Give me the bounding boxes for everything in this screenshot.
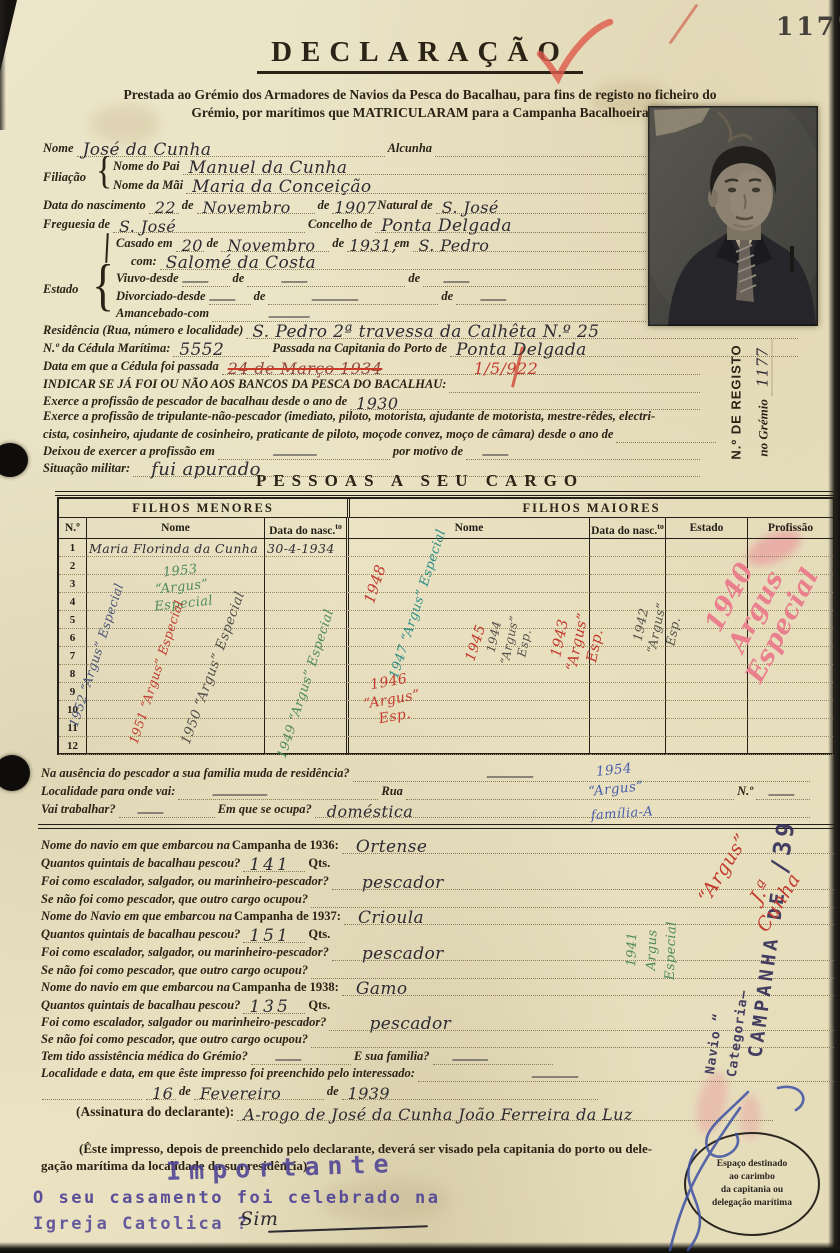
ausencia-label: Na ausência do pescador a sua familia mu… [40, 766, 351, 782]
field-freguesia-line: Freguesia de S. José Concelho de Ponta D… [42, 216, 648, 233]
navio1937-pre: Nome do Navio em que embarcou na [40, 909, 233, 925]
field-ausencia-line: Na ausência do pescador a sua familia mu… [40, 765, 812, 782]
qts-label: Qts. [307, 856, 331, 872]
concelho-label: Concelho de [307, 217, 373, 233]
escalador1937-label: Foi como escalador, salgador, ou marinhe… [40, 945, 330, 961]
mai-label: Nome da Mãi [112, 178, 184, 194]
row-number: 4 [59, 593, 87, 611]
field-pescador-desde-line: Exerce a profissão de pescador de bacalh… [42, 393, 702, 410]
handwritten-quintais1936: 141 [249, 855, 290, 875]
field-nome-line: Nome José da Cunha Alcunha [42, 140, 648, 157]
bancos-label: INDICAR SE JÁ FOI OU NÃO AOS BANCOS DA P… [42, 377, 447, 393]
de-label: de [206, 236, 220, 252]
field-trabalhar-line: Vai trabalhar? — Em que se ocupa? domést… [40, 801, 812, 818]
handwritten-data-ano: 1939 [348, 1084, 390, 1103]
assinatura-label: (Assinatura do declarante): [75, 1104, 235, 1121]
field-mai-line: Nome da Mãi Maria da Conceição [112, 177, 648, 194]
quintais1936-label: Quantos quintais de bacalhau pescou? [40, 856, 241, 872]
handwritten-registry-number: 1177 [754, 339, 773, 395]
de-label: de [181, 198, 195, 214]
handwritten-residencia: S. Pedro 2ª travessa da Calhêta N.º 25 [252, 322, 599, 342]
table-cell [87, 719, 265, 737]
field-assinatura-line: (Assinatura do declarante): A-rogo de Jo… [75, 1104, 775, 1121]
table-cell [346, 737, 590, 755]
punch-hole [0, 755, 30, 791]
row-number: 3 [59, 575, 87, 593]
de-label: de [178, 1084, 192, 1100]
estado-label: Estado [42, 282, 79, 298]
table-cell [666, 701, 748, 719]
oval-line2: ao carimbo [686, 1171, 818, 1184]
ocupa-label: Em que se ocupa? [217, 802, 313, 818]
table-cell [87, 701, 265, 719]
localdata-label: Localidade e data, em que êste impresso … [40, 1066, 416, 1082]
dependant-name: Maria Florinda da Cunha [89, 541, 258, 556]
handwritten-concelho: Ponta Delgada [381, 216, 512, 236]
table-cell [265, 575, 347, 593]
escalador1936-label: Foi como escalador, salgador, ou marinhe… [40, 874, 330, 890]
annotation-cunha: J.ª Cunha [729, 849, 813, 947]
field-funcao1937-line: Foi como escalador, salgador, ou marinhe… [40, 944, 836, 961]
field-data-preenchimento-line: 16 de Fevereiro de 1939 [40, 1083, 600, 1100]
table-cell [590, 701, 666, 719]
dependant-birthdate: 30-4-1934 [267, 541, 335, 556]
table-cell [590, 683, 666, 701]
table-cell [87, 665, 265, 683]
tripulante-label-line2: cista, cosinheiro, ajudante de cosinheir… [42, 426, 718, 443]
handwritten-casamento-resposta: Sim [240, 1208, 278, 1230]
handwritten-navio1937: Crioula [358, 908, 424, 928]
nome-label: Nome [42, 141, 75, 157]
viuvo-label: Viuvo-desde [115, 271, 180, 287]
handwritten-nasc-dia: 22 [155, 198, 176, 217]
field-quintais1936-line: Quantos quintais de bacalhau pescou? 141… [40, 855, 380, 872]
numero-label: N.º [736, 784, 754, 800]
motivo-label: por motivo de [392, 444, 464, 460]
alcunha-label: Alcunha [387, 141, 433, 157]
handwritten-assinatura: A-rogo de José da Cunha João Ferreira da… [243, 1105, 632, 1124]
table-cell [265, 719, 347, 737]
amancebado-label: Amancebado-com [115, 306, 210, 322]
field-quintais1937-line: Quantos quintais de bacalhau pescou? 151… [40, 926, 380, 943]
de-label: de [232, 271, 246, 287]
row-number: 2 [59, 557, 87, 575]
table-cell [346, 539, 590, 557]
handwritten-ocupa: doméstica [327, 802, 413, 821]
annotation-1942: 1942 “Argus” Esp. [628, 598, 686, 658]
intro-line1: Prestada ao Grémio dos Armadores de Navi… [62, 86, 778, 104]
oval-line1: Espaço destinado [686, 1158, 818, 1171]
estado-brace: { [92, 251, 114, 317]
handwritten-flourish [268, 1225, 428, 1233]
table-cell: Maria Florinda da Cunha [87, 539, 265, 557]
table-cell [87, 647, 265, 665]
annotation-1941: 1941 Argus Especial [622, 920, 683, 981]
col-header-profissao: Profissão [748, 518, 833, 539]
natural-label: Natural de [376, 198, 433, 214]
qts-label: Qts. [307, 998, 331, 1014]
deixou-label: Deixou de exercer a profissão em [42, 444, 216, 460]
de-label: de [331, 236, 345, 252]
de-label: de [317, 198, 331, 214]
field-conjuge-line: com: Salomé da Costa [130, 253, 648, 270]
quintais1937-label: Quantos quintais de bacalhau pescou? [40, 927, 241, 943]
scanned-declaration-form: 1177 DECLARAÇÃO Prestada ao Grémio dos A… [0, 0, 840, 1253]
de-label: de [253, 289, 267, 305]
table-cell [666, 683, 748, 701]
field-cargo1937-line: Se não foi como pescador, que outro carg… [40, 962, 836, 979]
handwritten-pai: Manuel da Cunha [189, 158, 348, 178]
col-header-num: N.º [59, 518, 87, 539]
navio1938-pre: Nome do navio em que embarcou na [40, 980, 231, 996]
handwritten-data-dia: 16 [152, 1084, 173, 1103]
table-cell [666, 719, 748, 737]
table-cell [590, 557, 666, 575]
de-label: de [407, 271, 421, 287]
residencia-label: Residência (Rua, número e localidade) [42, 323, 244, 339]
cargo1937-label: Se não foi como pescador, que outro carg… [40, 963, 309, 979]
tripulante-blank [616, 429, 716, 443]
field-medica-line: Tem tido assistência médica do Grémio? —… [40, 1048, 640, 1065]
red-check-mark [534, 18, 616, 86]
col-header-nome-maiores: Nome [346, 518, 590, 539]
dependants-title: PESSOAS A SEU CARGO [0, 471, 840, 491]
pai-label: Nome do Pai [112, 159, 181, 175]
field-amancebado-line: Amancebado-com — [115, 305, 648, 322]
divorciado-label: Divorciado-desde [115, 289, 207, 305]
tripulante-label-line1: Exerce a profissão de tripulante-não-pes… [42, 409, 724, 425]
row-number: 6 [59, 629, 87, 647]
table-cell [590, 719, 666, 737]
filiacao-brace: { [96, 150, 112, 194]
carimbo-oval-stamp: Espaço destinado ao carimbo da capitania… [684, 1132, 820, 1236]
registry-number-line: no Grémio 1177 [754, 339, 773, 456]
table-cell [590, 575, 666, 593]
de-label: de [326, 1084, 340, 1100]
table-cell [87, 683, 265, 701]
oval-line4: delegação marítima [686, 1197, 818, 1210]
row-number: 12 [59, 737, 87, 755]
row-number: 1 [59, 539, 87, 557]
casado-label: Casado em [115, 236, 174, 252]
cargo1936-label: Se não foi como pescador, que outro carg… [40, 892, 309, 908]
table-cell [265, 629, 347, 647]
cedula-data-label: Data em que a Cédula foi passada [42, 359, 220, 375]
registry-label-text: N.º DE REGISTO [729, 344, 744, 459]
com-label: com: [130, 254, 158, 270]
table-cell [748, 683, 833, 701]
field-divorciado-line: Divorciado-desde — de — de — [115, 288, 648, 305]
trabalhar-label: Vai trabalhar? [40, 802, 117, 818]
handwritten-mai: Maria da Conceição [192, 177, 371, 197]
oval-line3: da capitania ou [686, 1184, 818, 1197]
nascimento-label: Data do nascimento [42, 198, 147, 214]
medica-label: Tem tido assistência médica do Grémio? [40, 1049, 249, 1065]
field-viuvo-line: Viuvo-desde — de — de — [115, 270, 648, 287]
campanha1936-label: Campanha de 1936: [231, 838, 340, 854]
table-cell: 30-4-1934 [265, 539, 347, 557]
passada-label: Passada na Capitania do Porto de [271, 341, 448, 357]
de-label: de [440, 289, 454, 305]
casamento-stamp-line1: O seu casamento foi celebrado na [33, 1188, 441, 1208]
cargo1938-label: Se não foi como pescador, que outro carg… [40, 1032, 309, 1048]
handwritten-nasc-mes: Novembro [203, 198, 291, 217]
double-rule [55, 491, 837, 496]
menores-header: FILHOS MENORES [59, 499, 347, 518]
cedula-label: N.º da Cédula Marítima: [42, 341, 171, 357]
table-cell [590, 737, 666, 755]
familia-label: E sua familia? [353, 1049, 431, 1065]
table-cell [748, 719, 833, 737]
tripulante-label-text: cista, cosinheiro, ajudante de cosinheir… [42, 427, 614, 443]
escalador1938-label: Foi como escalador, salgador ou marinhei… [40, 1015, 327, 1031]
col-header-data: Data do nasc.to [265, 518, 347, 539]
field-quintais1938-line: Quantos quintais de bacalhau pescou? 135… [40, 997, 380, 1014]
handwritten-dash: — [136, 803, 165, 821]
quintais1938-label: Quantos quintais de bacalhau pescou? [40, 998, 241, 1014]
handwritten-data-mes: Fevereiro [200, 1084, 281, 1103]
document-title: DECLARAÇÃO [0, 36, 840, 69]
handwritten-navio1936: Ortense [356, 837, 428, 857]
handwritten-nasc-ano: 1907 [334, 198, 376, 217]
handwritten-cedula: 5552 [179, 340, 224, 360]
rua-label: Rua [380, 784, 404, 800]
field-deixou-line: Deixou de exercer a profissão em — por m… [42, 443, 702, 460]
table-cell [590, 665, 666, 683]
bottom-edge-shadow [0, 1242, 840, 1253]
handwritten-freguesia: S. José [119, 217, 176, 236]
registry-sublabel: no Grémio [756, 399, 771, 456]
table-cell [748, 737, 833, 755]
field-cedula-data-line: Data em que a Cédula foi passada 24 de M… [42, 358, 702, 375]
annotation-1954: 1954 “Argus” [586, 758, 645, 801]
filiacao-label: Filiação [42, 170, 87, 186]
handwritten-quintais1937: 151 [249, 926, 290, 946]
field-localidade-line: Localidade para onde vai: — Rua N.º — [40, 783, 812, 800]
freguesia-label: Freguesia de [42, 217, 111, 233]
campanha1937-label: Campanha de 1937: [233, 909, 342, 925]
handwritten-natural: S. José [442, 198, 499, 217]
portrait-photo [648, 106, 818, 326]
field-cedula-line: N.º da Cédula Marítima: 5552 Passada na … [42, 340, 800, 357]
casamento-stamp-line2: Igreja Catolica ? [33, 1214, 250, 1234]
col-header-data-maiores: Data do nasc.to [590, 518, 666, 539]
rua-blank [406, 786, 734, 800]
annotation-familia: família-A [590, 804, 653, 823]
handwritten-funcao1937: pescador [362, 944, 444, 964]
field-casado-line: Casado em 20 de Novembro de 1931, em S. … [115, 235, 648, 252]
handwritten-funcao1936: pescador [362, 873, 444, 893]
col-header-estado: Estado [666, 518, 748, 539]
localidade-label: Localidade para onde vai: [40, 784, 176, 800]
table-cell [590, 539, 666, 557]
annotation-1946: 1946 “Argus” Esp. [359, 669, 425, 731]
table-cell [87, 737, 265, 755]
registry-label: N.º DE REGISTO [729, 344, 744, 459]
col-header-nome: Nome [87, 518, 265, 539]
row-number: 7 [59, 647, 87, 665]
campanha1938-label: Campanha de 1938: [231, 980, 340, 996]
field-pai-line: Nome do Pai Manuel da Cunha [112, 158, 648, 175]
field-bancos-line: INDICAR SE JÁ FOI OU NÃO AOS BANCOS DA P… [42, 376, 702, 393]
table-cell [265, 557, 347, 575]
table-cell [265, 593, 347, 611]
table-cell [346, 593, 590, 611]
handwritten-navio1938: Gamo [356, 979, 408, 999]
table-cell [666, 737, 748, 755]
maiores-header: FILHOS MAIORES [347, 499, 833, 518]
field-nascimento-line: Data do nascimento 22 de Novembro de 190… [42, 197, 648, 214]
handwritten-porto: Ponta Delgada [456, 340, 587, 360]
annotation-argus-cunha: “Argus” J.ª Cunha [673, 814, 831, 958]
qts-label: Qts. [307, 927, 331, 943]
table-cell [748, 701, 833, 719]
navio1936-pre: Nome do navio em que embarcou na [40, 838, 231, 854]
pescador-desde-label: Exerce a profissão de pescador de bacalh… [42, 394, 348, 410]
alcunha-blank [435, 143, 646, 157]
row-number: 5 [59, 611, 87, 629]
bancos-blank [449, 379, 700, 393]
